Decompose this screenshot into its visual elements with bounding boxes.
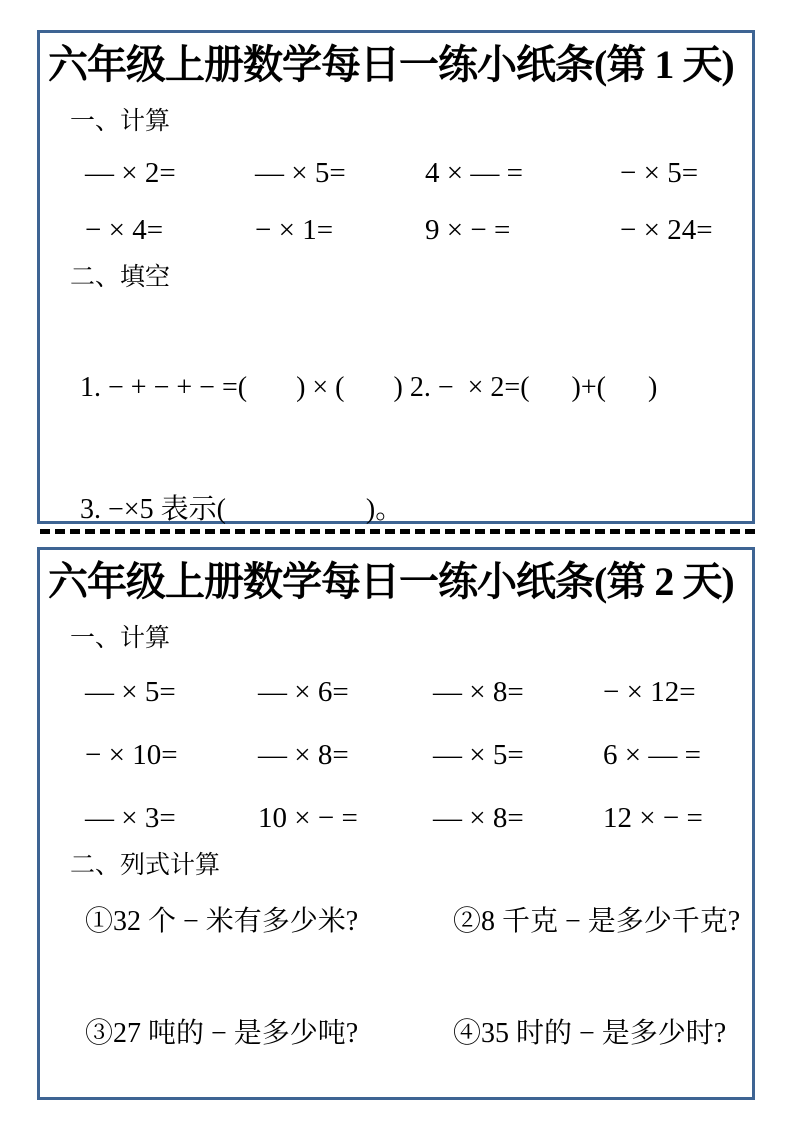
day1-card: 六年级上册数学每日一练小纸条(第 1 天) 一、计算 — × 2= — × 5=… [37, 30, 755, 524]
calc-item: 9 × − = [425, 214, 620, 247]
calc-item: 10 × − = [258, 802, 433, 835]
calc-item: − × 24= [620, 214, 744, 247]
word-problem: ④35 时的 − 是多少时? [453, 1011, 744, 1051]
day2-card: 六年级上册数学每日一练小纸条(第 2 天) 一、计算 — × 5= — × 6=… [37, 547, 755, 1100]
calc-item: — × 6= [258, 676, 433, 709]
day2-calc-heading: 一、计算 [70, 618, 744, 654]
calc-item: 6 × — = [603, 739, 744, 772]
calc-item: − × 1= [255, 214, 425, 247]
calc-item: — × 5= [85, 676, 258, 709]
day2-calc-grid: — × 5= — × 6= — × 8= − × 12= − × 10= — ×… [85, 676, 744, 835]
day1-fill-heading: 二、填空 [70, 257, 744, 293]
word-problem: ③27 吨的 − 是多少吨? [85, 1011, 453, 1051]
day2-word-heading: 二、列式计算 [70, 845, 744, 881]
day1-calc-grid: — × 2= — × 5= 4 × — = − × 5= − × 4= − × … [85, 157, 744, 247]
calc-item: − × 5= [620, 157, 744, 190]
day2-title: 六年级上册数学每日一练小纸条(第 2 天) [48, 556, 744, 608]
calc-item: — × 2= [85, 157, 255, 190]
fill-item: 1. − + − + − =( ) × ( ) 2. − × 2=( )+( ) [80, 371, 744, 405]
calc-item: 4 × — = [425, 157, 620, 190]
calc-item: − × 4= [85, 214, 255, 247]
calc-item: — × 3= [85, 802, 258, 835]
word-problem: ②8 千克 − 是多少千克? [453, 899, 744, 939]
calc-item: — × 5= [255, 157, 425, 190]
calc-item: − × 10= [85, 739, 258, 772]
word-problem: ①32 个 − 米有多少米? [85, 899, 453, 939]
calc-item: — × 5= [433, 739, 603, 772]
worksheet-page: 六年级上册数学每日一练小纸条(第 1 天) 一、计算 — × 2= — × 5=… [0, 0, 793, 1122]
day1-calc-heading: 一、计算 [70, 101, 744, 137]
day1-title: 六年级上册数学每日一练小纸条(第 1 天) [48, 39, 744, 91]
calc-item: 12 × − = [603, 802, 744, 835]
calc-item: — × 8= [433, 802, 603, 835]
fill-item: 3. −×5 表示( )。 [80, 493, 744, 527]
day2-word-problems: ①32 个 − 米有多少米? ②8 千克 − 是多少千克? ③27 吨的 − 是… [85, 899, 744, 1051]
cut-line-divider [40, 529, 755, 534]
calc-item: − × 12= [603, 676, 744, 709]
calc-item: — × 8= [433, 676, 603, 709]
calc-item: — × 8= [258, 739, 433, 772]
